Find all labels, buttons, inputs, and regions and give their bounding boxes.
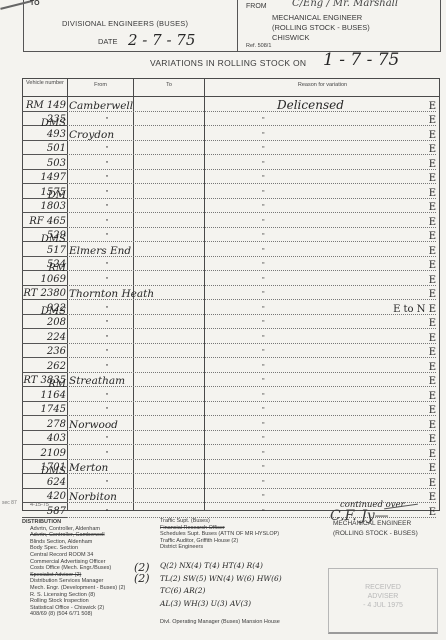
from-garage: " — [102, 262, 112, 269]
received-stamp: RECEIVED ADVISER - 4 JUL 1975 — [328, 568, 438, 634]
vehicle-number: 278 — [22, 419, 67, 431]
vehicle-number: DMS 208 — [22, 306, 67, 329]
status-code: E — [429, 202, 436, 213]
vehicle-number: 236 — [22, 346, 67, 358]
from-garage: " — [102, 320, 112, 327]
table-row: 1575""E — [22, 184, 440, 199]
status-code: E — [429, 362, 436, 373]
table-row: 529""E — [22, 228, 440, 243]
status-code: E — [429, 376, 436, 387]
vehicle-number: 262 — [22, 361, 67, 373]
from-line-2: (ROLLING STOCK - BUSES) — [272, 23, 370, 32]
distribution-item: Specialist Adviser (2) — [22, 572, 125, 579]
reason: " — [262, 407, 265, 414]
distribution-title: DISTRIBUTION — [22, 519, 125, 526]
reason: " — [262, 262, 265, 269]
district-code-line: TC(6) AR(2) — [160, 585, 282, 598]
vehicle-number: 224 — [22, 332, 67, 344]
reason: " — [262, 175, 265, 182]
table-row: RM 149CamberwellDelicensedE — [22, 97, 440, 112]
from-garage: " — [102, 480, 112, 487]
vehicle-number: 2109 — [22, 448, 67, 460]
distribution-item: R. S. Licensing Section (8) — [22, 592, 125, 599]
signature-title-1: MECHANICAL ENGINEER — [333, 520, 411, 527]
status-code: E — [429, 478, 436, 489]
distribution-item: Financial Research Officer — [160, 525, 279, 532]
distribution-item: Rolling Stock Inspection — [22, 598, 125, 605]
from-garage: " — [102, 146, 112, 153]
from-garage: " — [102, 364, 112, 371]
distribution-item: Traffic Supt. (Buses) — [160, 518, 279, 525]
from-garage: " — [102, 306, 112, 313]
reason: " — [262, 349, 265, 356]
table-row: DMS 517Elmers End"E — [22, 242, 440, 257]
column-header-reason: Reason for variation — [205, 82, 440, 88]
status-code: E — [429, 231, 436, 242]
vehicle-number: DMS 517 — [22, 234, 67, 257]
distribution-list: DISTRIBUTION Advrtn, Controller, Aldenha… — [22, 519, 125, 618]
vehicle-number: RM 1069 — [22, 263, 67, 286]
reason: " — [262, 132, 265, 139]
district-code-line: TL(2) SW(5) WN(4) W(6) HW(6) — [160, 573, 282, 586]
stamp-line: - 4 JUL 1975 — [329, 601, 437, 610]
distribution-item: Traffic Auditor, Griffith House (2) — [160, 538, 279, 545]
table-row: DMS 624""E — [22, 474, 440, 489]
table-row: 501""E — [22, 141, 440, 156]
from-garage: " — [102, 233, 112, 240]
from-line-1: MECHANICAL ENGINEER — [272, 13, 362, 22]
column-header-from: From — [68, 82, 133, 88]
vehicle-number: 1745 — [22, 404, 67, 416]
reason: " — [262, 219, 265, 226]
hand-count: (2) — [134, 573, 150, 584]
from-garage: Thornton Heath — [69, 288, 159, 300]
reason: " — [262, 204, 265, 211]
from-garage: Norbiton — [69, 491, 159, 503]
reason: " — [262, 320, 265, 327]
table-row: 524""E — [22, 257, 440, 272]
table-row: 503""E — [22, 155, 440, 170]
distribution-item: Advrtn, Controller, Camberwell — [22, 532, 125, 539]
from-garage: " — [102, 190, 112, 197]
distribution-footer: Divl. Operating Manager (Buses) Mansion … — [160, 619, 280, 625]
reason: " — [262, 436, 265, 443]
reason: Delicensed — [277, 98, 344, 112]
to-label: TO — [30, 0, 40, 7]
vehicle-number: 1497 — [22, 172, 67, 184]
reason: " — [262, 509, 265, 516]
vehicle-number: RT 2380 — [22, 288, 67, 300]
stamp-line: ADVISER — [329, 592, 437, 601]
table-row: RM 1164""E — [22, 387, 440, 402]
from-garage: " — [102, 335, 112, 342]
from-garage: " — [102, 175, 112, 182]
vehicle-number: DMS 493 — [22, 118, 67, 141]
table-row: DMS 493Croydon"E — [22, 126, 440, 141]
vehicle-number: DM 1803 — [22, 190, 67, 213]
status-code: E — [429, 101, 436, 112]
table-row: 1745""E — [22, 402, 440, 417]
from-label: FROM — [246, 3, 267, 10]
status-code: E — [429, 130, 436, 141]
title-date: 1 - 7 - 75 — [323, 50, 399, 70]
table-row: 1497""E — [22, 170, 440, 185]
date-value: 2 - 7 - 75 — [128, 31, 195, 49]
column-header-vehicle: Vehicle number — [24, 80, 66, 86]
reason: " — [262, 364, 265, 371]
distribution-item: Mech. Engr. (Development - Buses) (2) — [22, 585, 125, 592]
from-garage: " — [102, 161, 112, 168]
reason: " — [262, 248, 265, 255]
from-garage: Merton — [69, 462, 159, 474]
table-row: 403""E — [22, 431, 440, 446]
vehicle-number: 403 — [22, 433, 67, 445]
vehicle-number: RF 465 — [22, 216, 67, 228]
distribution-item: Advrtn, Controller, Aldenham — [22, 526, 125, 533]
distribution-item: Central Record ROOM 34 — [22, 552, 125, 559]
status-code: E to N E — [393, 304, 436, 315]
status-code: E — [429, 260, 436, 271]
table-row: RT 3835Streatham"E — [22, 373, 440, 388]
reason: " — [262, 233, 265, 240]
status-code: E — [429, 405, 436, 416]
from-garage: " — [102, 204, 112, 211]
status-code: E — [429, 318, 436, 329]
status-code: E — [429, 159, 436, 170]
reason: " — [262, 465, 265, 472]
table-row: 262""E — [22, 358, 440, 373]
reason: " — [262, 451, 265, 458]
distribution-item: 408/69 (8) (504 6/71 508) — [22, 611, 125, 618]
distribution-item: Distribution Services Manager — [22, 578, 125, 585]
from-garage: Camberwell — [69, 100, 159, 112]
from-garage: " — [102, 277, 112, 284]
date-label: DATE — [98, 37, 117, 46]
reason: " — [262, 422, 265, 429]
from-garage: " — [102, 219, 112, 226]
distribution-items-2: Traffic Supt. (Buses)Financial Research … — [160, 518, 279, 551]
status-code: E — [429, 420, 436, 431]
status-code: E — [429, 144, 436, 155]
from-garage: Croydon — [69, 129, 159, 141]
table-row: 278Norwood"E — [22, 416, 440, 431]
from-garage: " — [102, 349, 112, 356]
to-recipient: DIVISIONAL ENGINEERS (BUSES) — [62, 19, 188, 28]
from-line-3: CHISWICK — [272, 33, 310, 42]
distribution-item: Commercial Advertising Officer — [22, 559, 125, 566]
signature-title-2: (ROLLING STOCK - BUSES) — [333, 530, 418, 537]
district-code-line: AL(3) WH(3) U(3) AV(3) — [160, 598, 282, 611]
vehicle-number: 501 — [22, 143, 67, 155]
status-code: E — [429, 507, 436, 518]
distribution-item: Schedules Supt. Buses (ATTN OF MR HYSLOP… — [160, 531, 279, 538]
reason: " — [262, 190, 265, 197]
from-garage: " — [102, 393, 112, 400]
column-header-to: To — [134, 82, 204, 88]
table-row: 2109""E — [22, 445, 440, 460]
from-garage: " — [102, 436, 112, 443]
document-title: VARIATIONS IN ROLLING STOCK ON — [150, 58, 306, 68]
table-row: 1701Merton"E — [22, 460, 440, 475]
status-code: E — [429, 173, 436, 184]
vehicle-number: DMS 624 — [22, 466, 67, 489]
from-garage: " — [102, 451, 112, 458]
reason: " — [262, 494, 265, 501]
distribution-item: Blinds Section, Aldenham — [22, 539, 125, 546]
row-note: 4-15-75 — [30, 502, 49, 508]
table-row: 235""E — [22, 112, 440, 127]
table-row: RT 2380Thornton Heath"E — [22, 286, 440, 301]
table-row: 922""E to N E — [22, 300, 440, 315]
distribution-item: Costs Office (Mech. Engr./Buses) — [22, 565, 125, 572]
table-row: DM 1803""E — [22, 199, 440, 214]
reason: " — [262, 306, 265, 313]
reason: " — [262, 277, 265, 284]
status-code: E — [429, 434, 436, 445]
reason: " — [262, 393, 265, 400]
status-code: E — [429, 391, 436, 402]
from-garage: " — [102, 117, 112, 124]
stamp-line: RECEIVED — [329, 583, 437, 592]
status-code: E — [429, 463, 436, 474]
status-code: E — [429, 188, 436, 199]
table-row: RM 1069""E — [22, 271, 440, 286]
status-code: E — [429, 246, 436, 257]
status-code: E — [429, 333, 436, 344]
table-row: 224""E — [22, 329, 440, 344]
reason: " — [262, 161, 265, 168]
reason: " — [262, 146, 265, 153]
handwritten-counts: (2) (2) — [134, 562, 150, 584]
distribution-items: Advrtn, Controller, AldenhamAdvrtn, Cont… — [22, 526, 125, 618]
vehicle-number: 503 — [22, 158, 67, 170]
status-code: E — [429, 115, 436, 126]
reason: " — [262, 378, 265, 385]
distribution-item: District Engineers — [160, 544, 279, 551]
table-row: 236""E — [22, 344, 440, 359]
reason: " — [262, 480, 265, 487]
district-codes: Q(2) NX(4) T(4) HT(4) R(4) TL(2) SW(5) W… — [160, 560, 282, 610]
handwritten-routing-note: C/Eng / Mr. Marshall — [292, 0, 398, 9]
from-garage: " — [102, 509, 112, 516]
status-code: E — [429, 492, 436, 503]
reason: " — [262, 117, 265, 124]
margin-note: sec 87 — [2, 500, 17, 506]
table-row: DMS 208""E — [22, 315, 440, 330]
table-row: RF 465""E — [22, 213, 440, 228]
district-code-line: Q(2) NX(4) T(4) HT(4) R(4) — [160, 560, 282, 573]
from-garage: Elmers End — [69, 245, 159, 257]
from-garage: Norwood — [69, 419, 159, 431]
distribution-item: Body Spec. Section — [22, 545, 125, 552]
status-code: E — [429, 347, 436, 358]
reason: " — [262, 291, 265, 298]
vehicle-number: RM 149 — [22, 100, 67, 112]
status-code: E — [429, 217, 436, 228]
from-garage: " — [102, 407, 112, 414]
distribution-list-2: Traffic Supt. (Buses)Financial Research … — [160, 518, 279, 551]
status-code: E — [429, 289, 436, 300]
reason: " — [262, 335, 265, 342]
header-divider — [237, 0, 238, 52]
distribution-item: Statistical Office - Chiswick (2) — [22, 605, 125, 612]
reference: Ref. 508/1 — [246, 43, 271, 49]
from-garage: Streatham — [69, 375, 159, 387]
status-code: E — [429, 449, 436, 460]
vehicle-number: RM 1164 — [22, 379, 67, 402]
status-code: E — [429, 275, 436, 286]
